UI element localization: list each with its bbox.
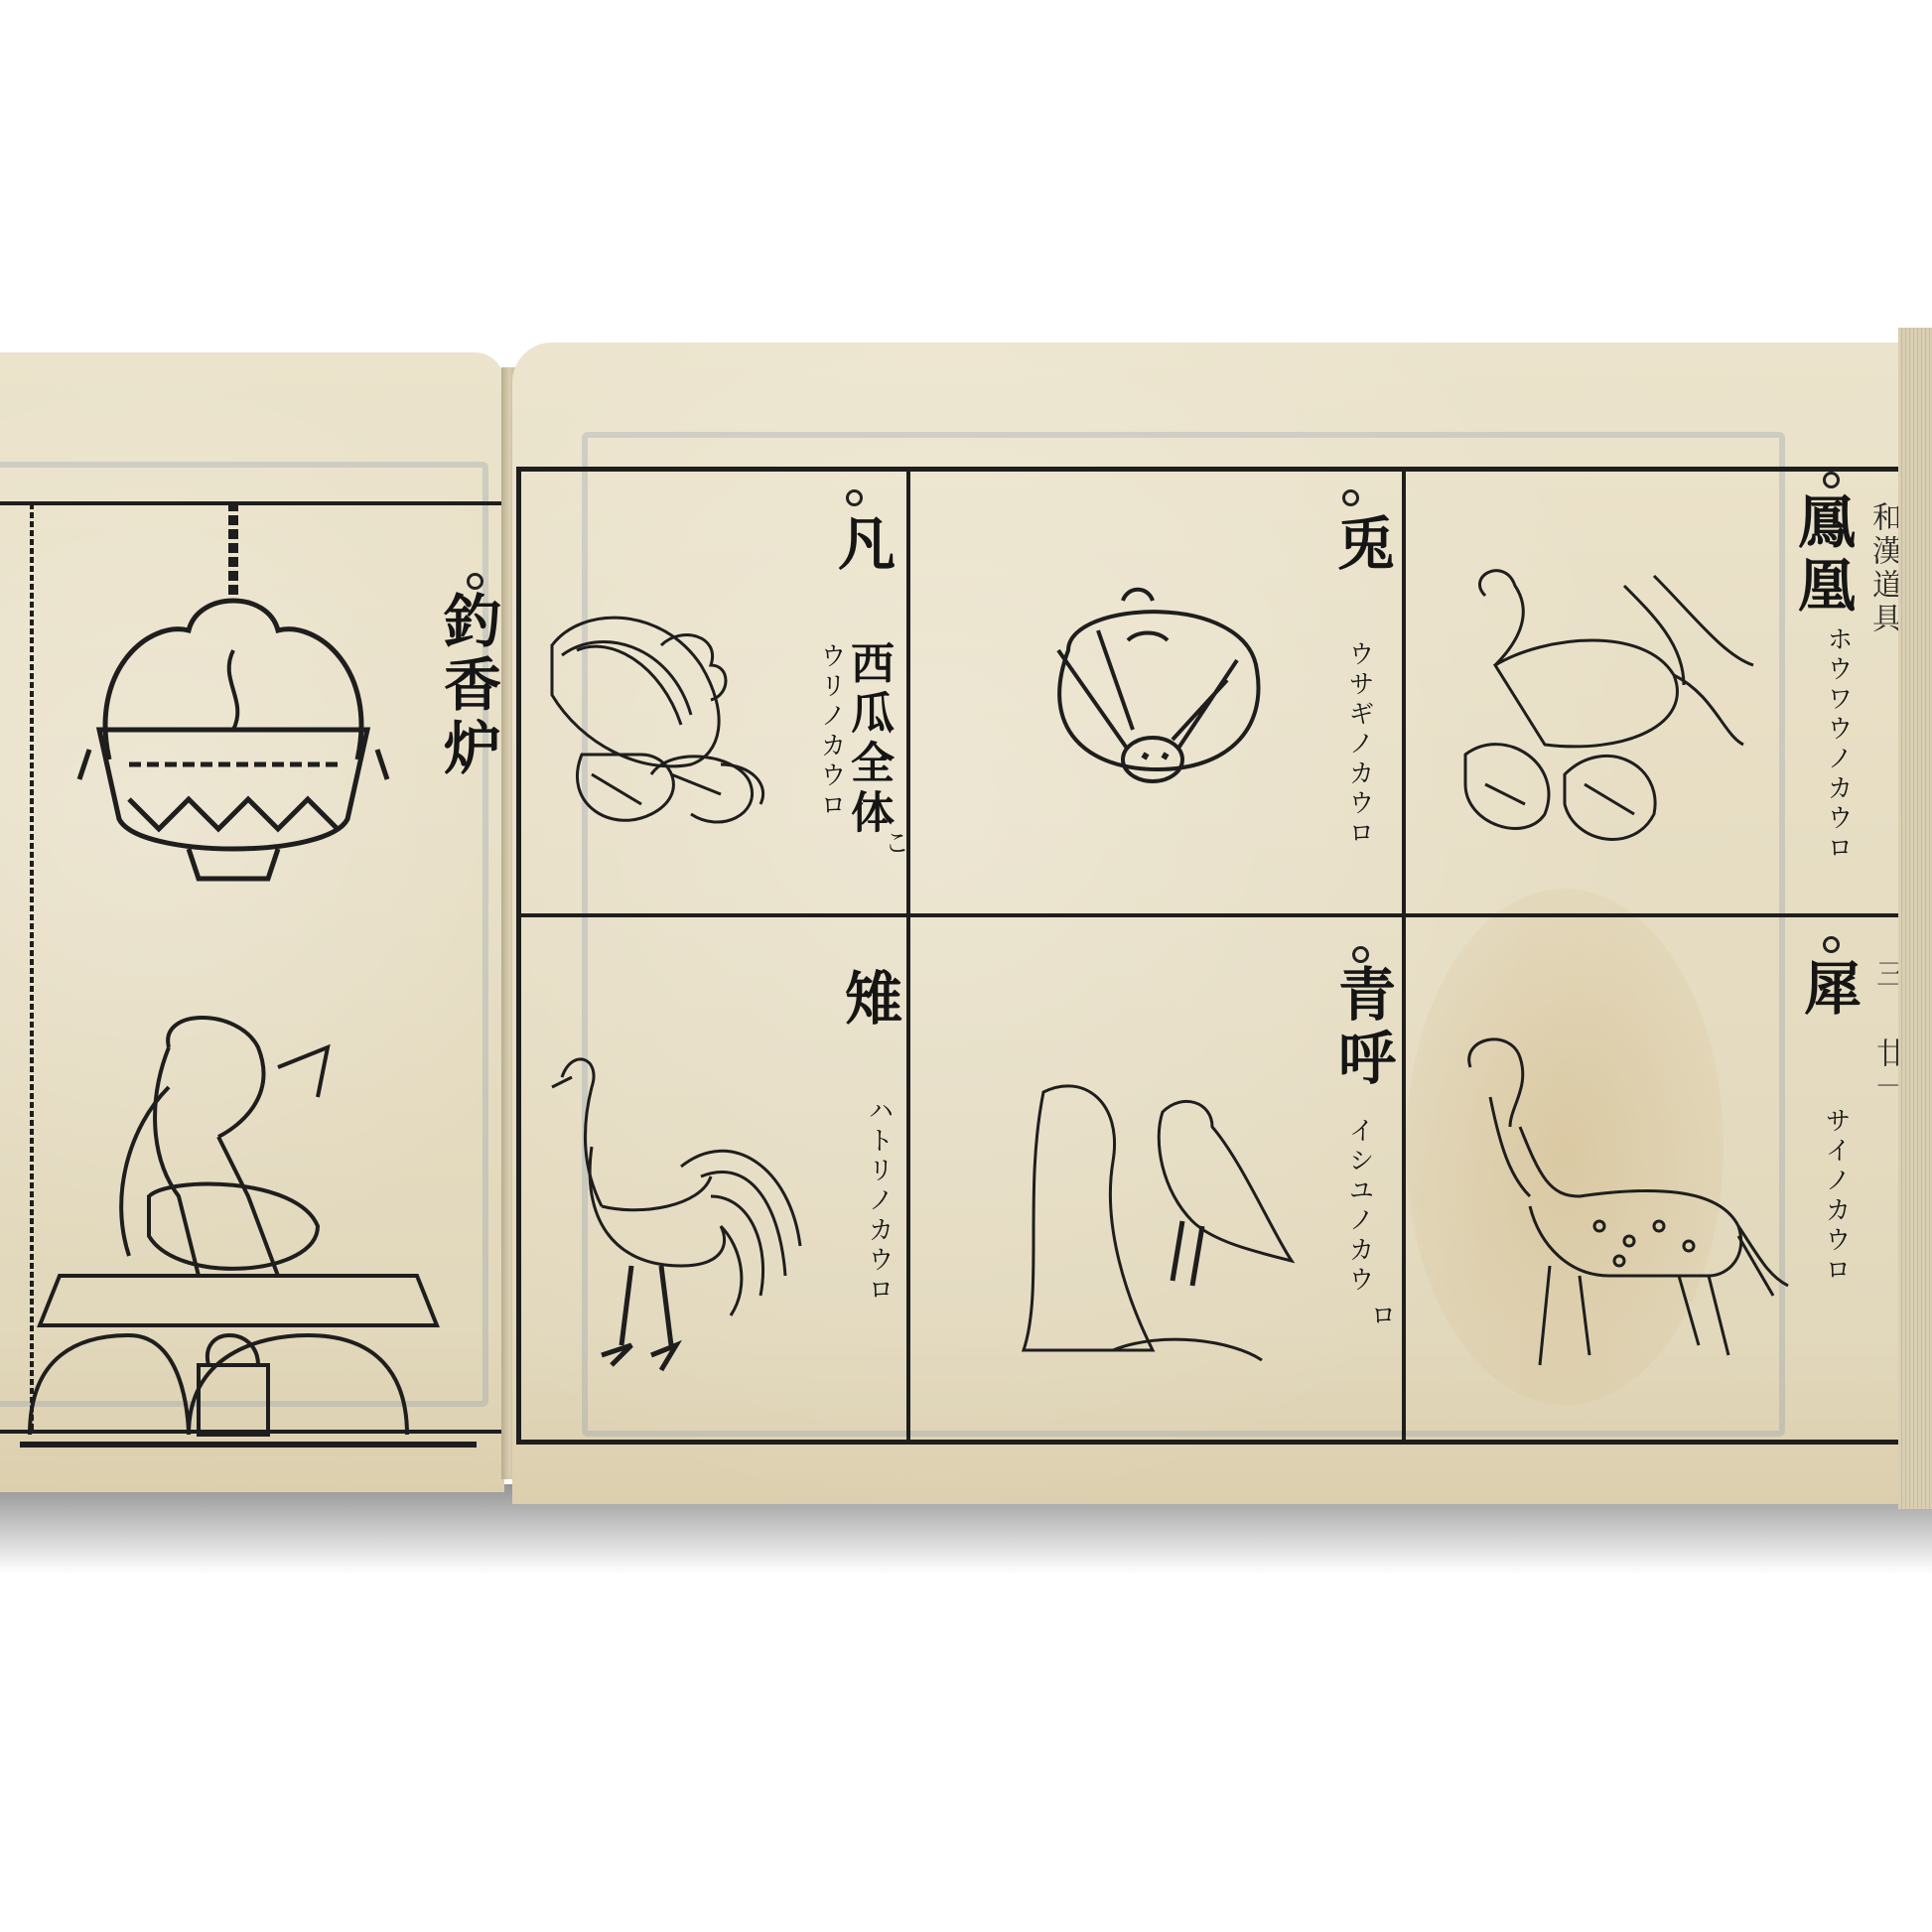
- cell-melon-note: 西瓜全体: [846, 640, 890, 839]
- grid-col-divider-2: [1402, 467, 1406, 1445]
- cell-phoenix-title: 鳳凰: [1793, 491, 1851, 619]
- tiger-on-stand-illustration: [20, 898, 477, 1454]
- cell-qilin-title: 犀: [1799, 958, 1857, 1022]
- cell-bird-reading-end: ロ: [1368, 1302, 1394, 1331]
- grid-row-divider: [516, 913, 1906, 917]
- qilin-illustration: [1431, 1028, 1788, 1365]
- cell-melon-title: 凡: [833, 513, 891, 577]
- cell-bird-reading: イシユノカウ: [1346, 1117, 1372, 1296]
- entry-marker-icon: [1823, 936, 1840, 953]
- cell-qilin-reading: サイノカウロ: [1823, 1107, 1849, 1286]
- cell-rabbit-title: 兎: [1332, 513, 1390, 577]
- melon-illustration: [522, 606, 810, 854]
- bird-on-rock-illustration: [1014, 1072, 1311, 1370]
- cell-phoenix-reading: ホウワウノカウロ: [1825, 625, 1851, 864]
- left-page: 釣香炉: [0, 352, 504, 1492]
- entry-marker-icon: [467, 573, 483, 590]
- cell-melon-note-suffix: こ: [882, 829, 907, 859]
- rooster-illustration: [532, 1047, 810, 1385]
- entry-marker-icon: [846, 489, 863, 506]
- grid-col-divider-1: [906, 467, 910, 1445]
- cell-rooster-title: 雉: [840, 968, 897, 1032]
- cell-melon-reading: ウリノカウロ: [818, 642, 844, 821]
- entry-title: 釣香炉: [439, 591, 496, 781]
- entry-marker-icon: [1352, 946, 1369, 963]
- cell-rabbit-reading: ウサギノカウロ: [1346, 640, 1372, 849]
- page-stack-edge: [1898, 328, 1932, 1509]
- entry-marker-icon: [1823, 472, 1840, 488]
- entry-marker-icon: [1342, 489, 1359, 506]
- cell-bird-title: 青呼: [1333, 964, 1391, 1091]
- phoenix-illustration: [1426, 556, 1763, 854]
- margin-book-title: 和漢道具: [1868, 501, 1898, 636]
- rabbit-illustration: [1029, 561, 1287, 789]
- right-page: 和漢道具 三 廿一 鳳凰 ホウワウノカウロ 兎 ウサギノカウロ 凡 西瓜全体: [512, 343, 1922, 1504]
- cell-rooster-reading: ハトリノカウロ: [866, 1097, 892, 1306]
